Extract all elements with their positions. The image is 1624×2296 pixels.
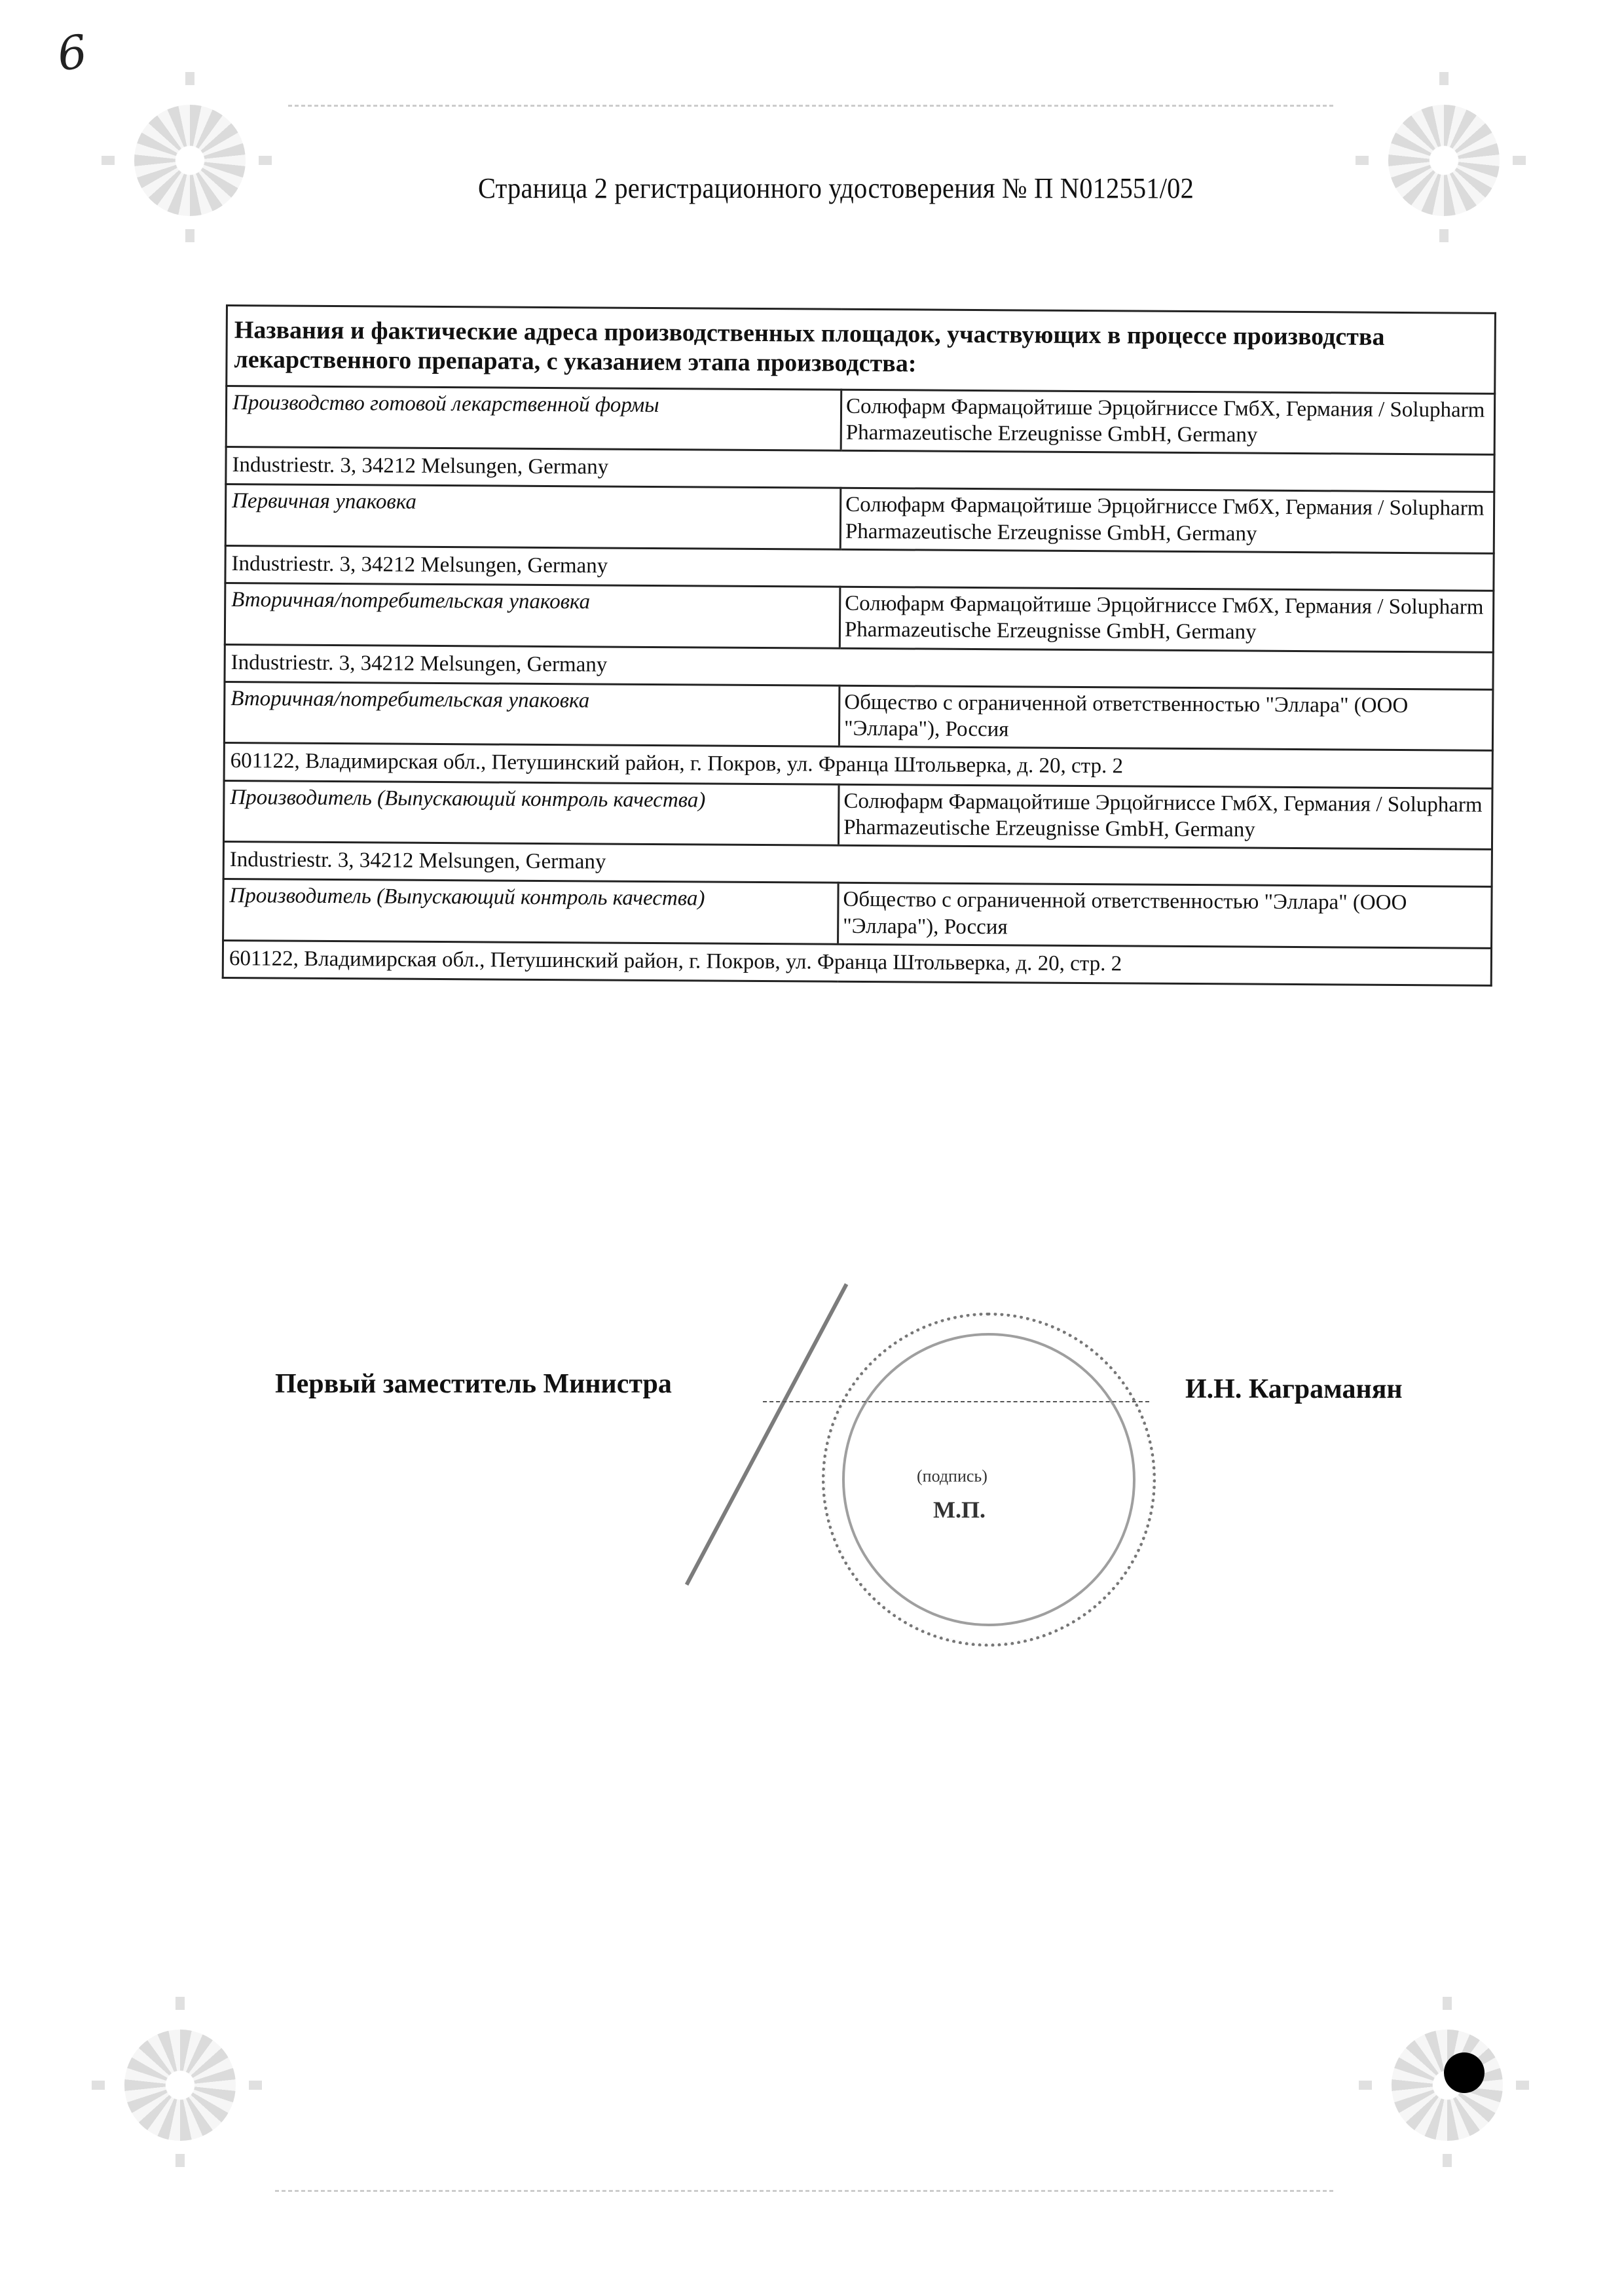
signature-stroke xyxy=(685,1283,848,1586)
company-cell: Солюфарм Фармацойтише Эрцойгниссе ГмбХ, … xyxy=(841,390,1495,455)
stage-cell: Вторичная/потребительская упаковка xyxy=(225,583,840,648)
company-cell: Солюфарм Фармацойтише Эрцойгниссе ГмбХ, … xyxy=(838,784,1492,850)
decorative-border-bottom xyxy=(275,2190,1336,2192)
seal-place-label: М.П. xyxy=(933,1496,986,1523)
signatory-name: И.Н. Каграманян xyxy=(1185,1374,1403,1405)
handwritten-page-mark: 6 xyxy=(54,24,91,81)
decorative-border-top xyxy=(288,105,1336,107)
official-seal-icon xyxy=(822,1313,1156,1647)
stage-cell: Вторичная/потребительская упаковка xyxy=(224,682,840,746)
table-header: Названия и фактические адреса производст… xyxy=(227,306,1496,393)
table-row: Производитель (Выпускающий контроль каче… xyxy=(223,879,1492,948)
corner-ornament-icon xyxy=(1392,2030,1503,2141)
address-cell: 601122, Владимирская обл., Петушинский р… xyxy=(223,940,1491,985)
corner-ornament-icon xyxy=(1388,105,1500,216)
table-row: Вторичная/потребительская упаковка Солюф… xyxy=(225,583,1494,652)
company-cell: Солюфарм Фармацойтише Эрцойгниссе ГмбХ, … xyxy=(840,587,1494,652)
table-row: Производство готовой лекарственной формы… xyxy=(226,386,1495,454)
company-cell: Общество с ограниченной ответственностью… xyxy=(839,685,1493,751)
stage-cell: Производство готовой лекарственной формы xyxy=(226,386,841,450)
corner-ornament-icon xyxy=(124,2030,236,2141)
signature-line xyxy=(763,1401,1149,1402)
page-title: Страница 2 регистрационного удостоверени… xyxy=(478,172,1194,205)
corner-ornament-icon xyxy=(134,105,246,216)
company-cell: Общество с ограниченной ответственностью… xyxy=(838,883,1492,949)
stage-cell: Производитель (Выпускающий контроль каче… xyxy=(223,879,839,944)
hole-punch-mark xyxy=(1444,2052,1485,2093)
stage-cell: Производитель (Выпускающий контроль каче… xyxy=(223,780,839,845)
table-row-address: 601122, Владимирская обл., Петушинский р… xyxy=(223,940,1491,985)
company-cell: Солюфарм Фармацойтише Эрцойгниссе ГмбХ, … xyxy=(840,488,1494,554)
signature-block: Первый заместитель Министра И.Н. Каграма… xyxy=(275,1368,1454,1408)
table-row: Производитель (Выпускающий контроль каче… xyxy=(223,780,1492,849)
stage-cell: Первичная упаковка xyxy=(225,484,841,549)
table-row: Первичная упаковка Солюфарм Фармацойтише… xyxy=(225,484,1494,553)
signature-caption: (подпись) xyxy=(917,1467,987,1486)
production-sites-table: Названия и фактические адреса производст… xyxy=(222,304,1496,987)
signatory-title: Первый заместитель Министра xyxy=(275,1368,672,1400)
table-header-row: Названия и фактические адреса производст… xyxy=(227,306,1496,393)
table-row: Вторичная/потребительская упаковка Общес… xyxy=(224,682,1493,750)
